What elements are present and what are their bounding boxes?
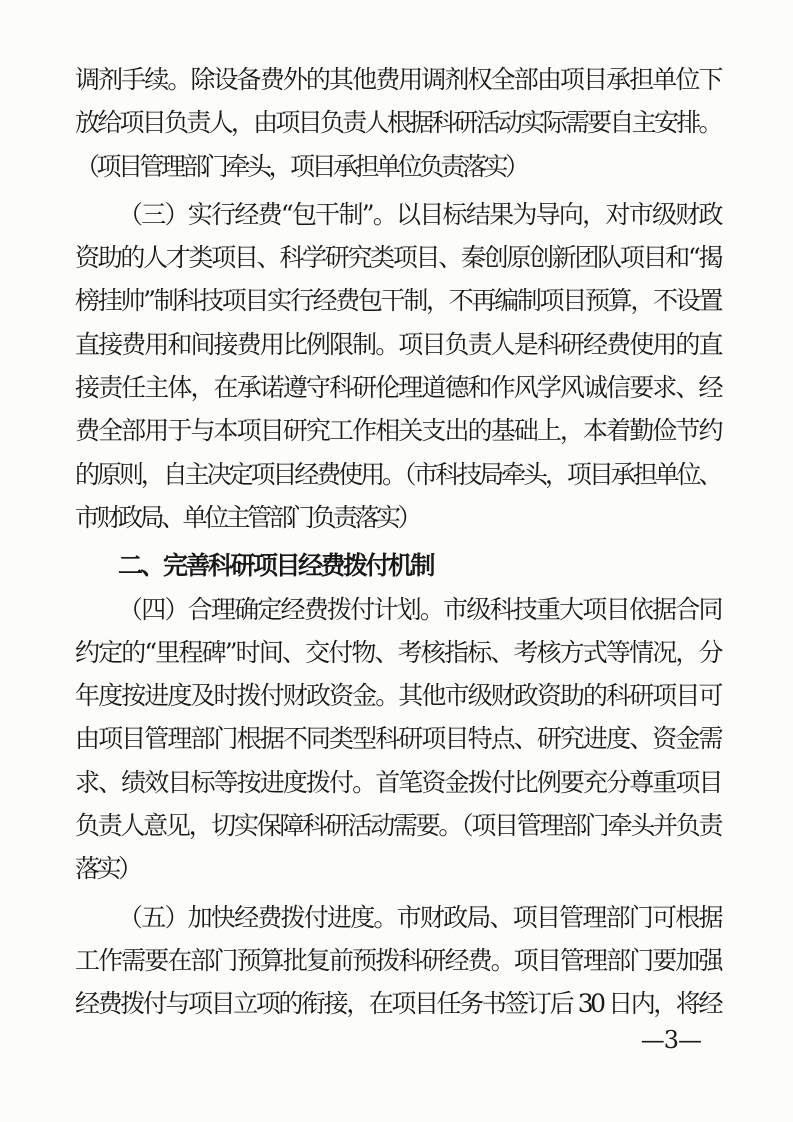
text-line: 榜挂帅”制科技项目实行经费包干制，不再编制项目预算，不设置: [75, 279, 720, 322]
document-body: 调剂手续。除设备费外的其他费用调剂权全部由项目承担单位下 放给项目负责人，由项目…: [75, 58, 720, 1026]
text-line: （项目管理部门牵头，项目承担单位负责落实）: [75, 145, 720, 188]
text-line: 的原则，自主决定项目经费使用。（市科技局牵头，项目承担单位、: [75, 453, 720, 496]
document-page: 调剂手续。除设备费外的其他费用调剂权全部由项目承担单位下 放给项目负责人，由项目…: [0, 0, 793, 1122]
section-heading: 二、完善科研项目经费拨付机制: [75, 544, 720, 587]
text-line: （四）合理确定经费拨付计划。市级科技重大项目依据合同: [75, 588, 720, 631]
text-line: 约定的“里程碑”时间、交付物、考核指标、考核方式等情况，分: [75, 631, 720, 674]
text-line: 求、绩效目标等按进度拨付。首笔资金拨付比例要充分尊重项目: [75, 761, 720, 804]
text-line: （五）加快经费拨付进度。市财政局、项目管理部门可根据: [75, 896, 720, 939]
text-line: 资助的人才类项目、科学研究类项目、秦创原创新团队项目和“揭: [75, 236, 720, 279]
text-line: 市财政局、单位主管部门负责落实）: [75, 496, 720, 539]
page-number: —3—: [641, 1026, 701, 1054]
text-line: 落实）: [75, 847, 720, 890]
text-line: 调剂手续。除设备费外的其他费用调剂权全部由项目承担单位下: [75, 58, 720, 101]
text-line: 由项目管理部门根据不同类型科研项目特点、研究进度、资金需: [75, 717, 720, 760]
text-line: 年度按进度及时拨付财政资金。其他市级财政资助的科研项目可: [75, 674, 720, 717]
text-line: 负责人意见，切实保障科研活动需要。（项目管理部门牵头并负责: [75, 804, 720, 847]
text-line: 工作需要在部门预算批复前预拨科研经费。项目管理部门要加强: [75, 939, 720, 982]
text-line: 接责任主体，在承诺遵守科研伦理道德和作风学风诚信要求、经: [75, 366, 720, 409]
text-line: 直接费用和间接费用比例限制。项目负责人是科研经费使用的直: [75, 323, 720, 366]
text-line: 放给项目负责人，由项目负责人根据科研活动实际需要自主安排。: [75, 101, 720, 144]
text-line: 费全部用于与本项目研究工作相关支出的基础上，本着勤俭节约: [75, 409, 720, 452]
text-line: 经费拨付与项目立项的衔接，在项目任务书签订后 30 日内，将经: [75, 982, 720, 1025]
text-line: （三）实行经费“包干制”。以目标结果为导向，对市级财政: [75, 193, 720, 236]
